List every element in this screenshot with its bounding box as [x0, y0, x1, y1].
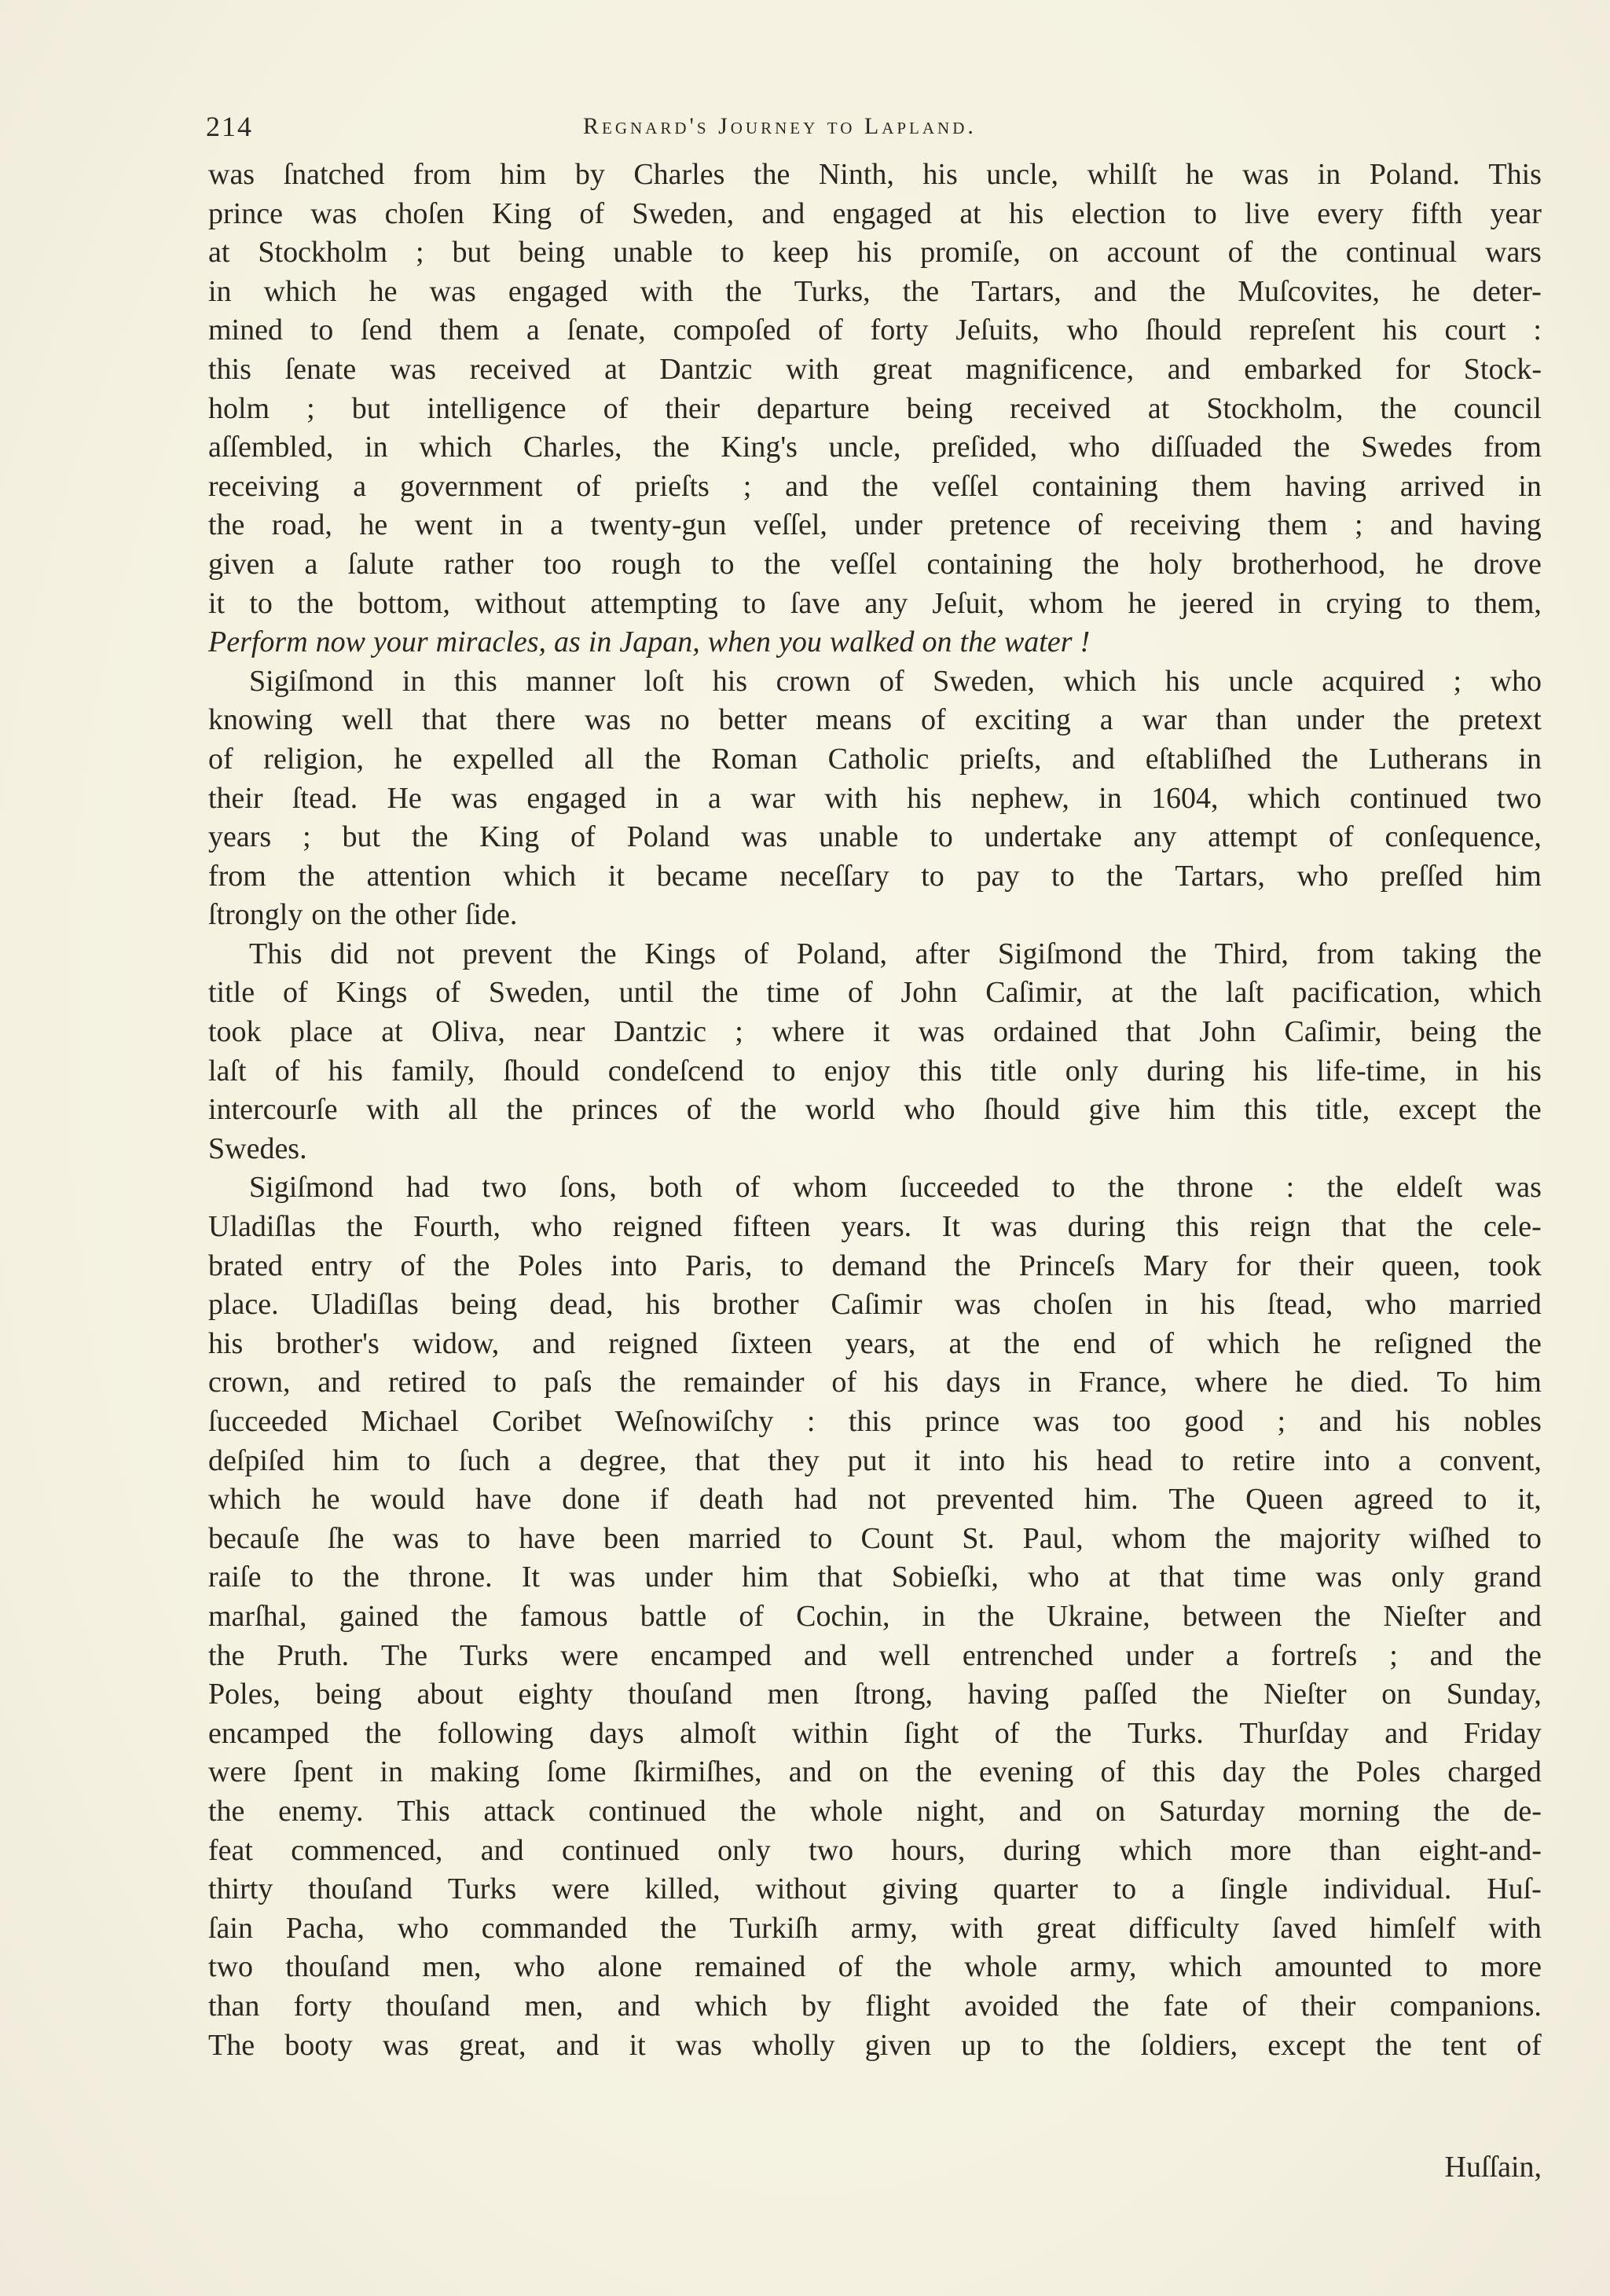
text-line: deſpiſedhimtoſuchadegree,thattheyputitin…: [208, 1442, 1542, 1481]
text-line: theirſtead.Hewasengagedinawarwithhisneph…: [208, 779, 1542, 819]
text-line: encampedthefollowingdaysalmoſtwithinſigh…: [208, 1715, 1542, 1754]
text-line: theenemy.Thisattackcontinuedthewholenigh…: [208, 1792, 1542, 1832]
text-line: becauſeſhewastohavebeenmarriedtoCountSt.…: [208, 1520, 1542, 1559]
running-head: 214 Regnard's Journey to Lapland.: [206, 110, 1542, 149]
text-line: SigiſmondinthismannerloſthiscrownofSwede…: [208, 662, 1542, 702]
text-line: minedtoſendthemaſenate,compoſedoffortyJe…: [208, 311, 1542, 350]
text-line: raiſetothethrone.ItwasunderhimthatSobieſ…: [208, 1558, 1542, 1597]
text-line: aſſembled,inwhichCharles,theKing'suncle,…: [208, 428, 1542, 468]
text-line: tookplaceatOliva,nearDantzic;whereitwaso…: [208, 1013, 1542, 1052]
book-page: 214 Regnard's Journey to Lapland. wasſna…: [0, 0, 1610, 2296]
text-line: titleofKingsofSweden,untilthetimeofJohnC…: [208, 974, 1542, 1013]
text-line: ſucceededMichaelCoribetWeſnowiſchy:thisp…: [208, 1403, 1542, 1442]
text-line: hisbrother'swidow,andreignedſixteenyears…: [208, 1325, 1542, 1364]
text-line: ſtronglyontheotherſide.: [208, 896, 1542, 935]
text-line: receivingagovernmentofprieſts;andtheveſſ…: [208, 468, 1542, 507]
text-line: Swedes.: [208, 1130, 1542, 1169]
text-line: ſainPacha,whocommandedtheTurkiſharmy,wit…: [208, 1909, 1542, 1949]
text-line: thanfortythouſandmen,andwhichbyflightavo…: [208, 1987, 1542, 2026]
text-line: featcommenced,andcontinuedonlytwohours,d…: [208, 1832, 1542, 1871]
text-line: fromtheattentionwhichitbecameneceſſaryto…: [208, 857, 1542, 897]
catchword: Huſſain,: [1445, 2147, 1542, 2187]
text-line: place.Uladiſlasbeingdead,hisbrotherCaſim…: [208, 1286, 1542, 1325]
text-line: holm;butintelligenceoftheirdeparturebein…: [208, 390, 1542, 429]
text-line: years;buttheKingofPolandwasunabletounder…: [208, 818, 1542, 857]
text-line: atStockholm;butbeingunabletokeephispromi…: [208, 233, 1542, 273]
text-line: ofreligion,heexpelledalltheRomanCatholic…: [208, 740, 1542, 779]
text-line: ittothebottom,withoutattemptingtoſaveany…: [208, 585, 1542, 624]
running-title: Regnard's Journey to Lapland.: [583, 113, 977, 140]
text-line: UladiſlastheFourth,whoreignedfifteenyear…: [208, 1208, 1542, 1247]
page-number: 214: [206, 110, 253, 143]
text-line: thePruth.TheTurkswereencampedandwellentr…: [208, 1637, 1542, 1676]
text-line: wasſnatchedfromhimbyCharlestheNinth,hisu…: [208, 156, 1542, 195]
text-line: givenaſaluterathertooroughtotheveſſelcon…: [208, 545, 1542, 585]
text-line: knowingwellthattherewasnobettermeansofex…: [208, 701, 1542, 740]
body-text: wasſnatchedfromhimbyCharlestheNinth,hisu…: [208, 156, 1542, 2065]
text-line: crown,andretiredtopaſstheremainderofhisd…: [208, 1363, 1542, 1403]
text-line: Poles,beingabouteightythouſandmenſtrong,…: [208, 1675, 1542, 1715]
text-line: princewaschoſenKingofSweden,andengagedat…: [208, 195, 1542, 234]
text-line: ThisdidnotpreventtheKingsofPoland,afterS…: [208, 935, 1542, 974]
text-line: thirtythouſandTurkswerekilled,withoutgiv…: [208, 1870, 1542, 1909]
text-line: intercourſewithalltheprincesoftheworldwh…: [208, 1091, 1542, 1130]
text-line: whichhewouldhavedoneifdeathhadnotprevent…: [208, 1480, 1542, 1520]
text-line: Thebootywasgreat,anditwaswhollygivenupto…: [208, 2026, 1542, 2066]
text-line: bratedentryofthePolesintoParis,todemandt…: [208, 1247, 1542, 1286]
text-line: inwhichhewasengagedwiththeTurks,theTarta…: [208, 273, 1542, 312]
text-line: Sigiſmondhadtwoſons,bothofwhomſucceededt…: [208, 1168, 1542, 1208]
text-line: wereſpentinmakingſomeſkirmiſhes,andonthe…: [208, 1753, 1542, 1792]
text-line: twothouſandmen,whoaloneremainedofthewhol…: [208, 1948, 1542, 1987]
text-line: theroad,hewentinatwenty-gunveſſel,underp…: [208, 506, 1542, 545]
text-line: thisſenatewasreceivedatDantzicwithgreatm…: [208, 350, 1542, 390]
text-line: marſhal,gainedthefamousbattleofCochin,in…: [208, 1597, 1542, 1637]
text-line: Performnowyourmiracles,asinJapan,whenyou…: [208, 623, 1542, 662]
text-line: laſtofhisfamily,ſhouldcondeſcendtoenjoyt…: [208, 1052, 1542, 1091]
